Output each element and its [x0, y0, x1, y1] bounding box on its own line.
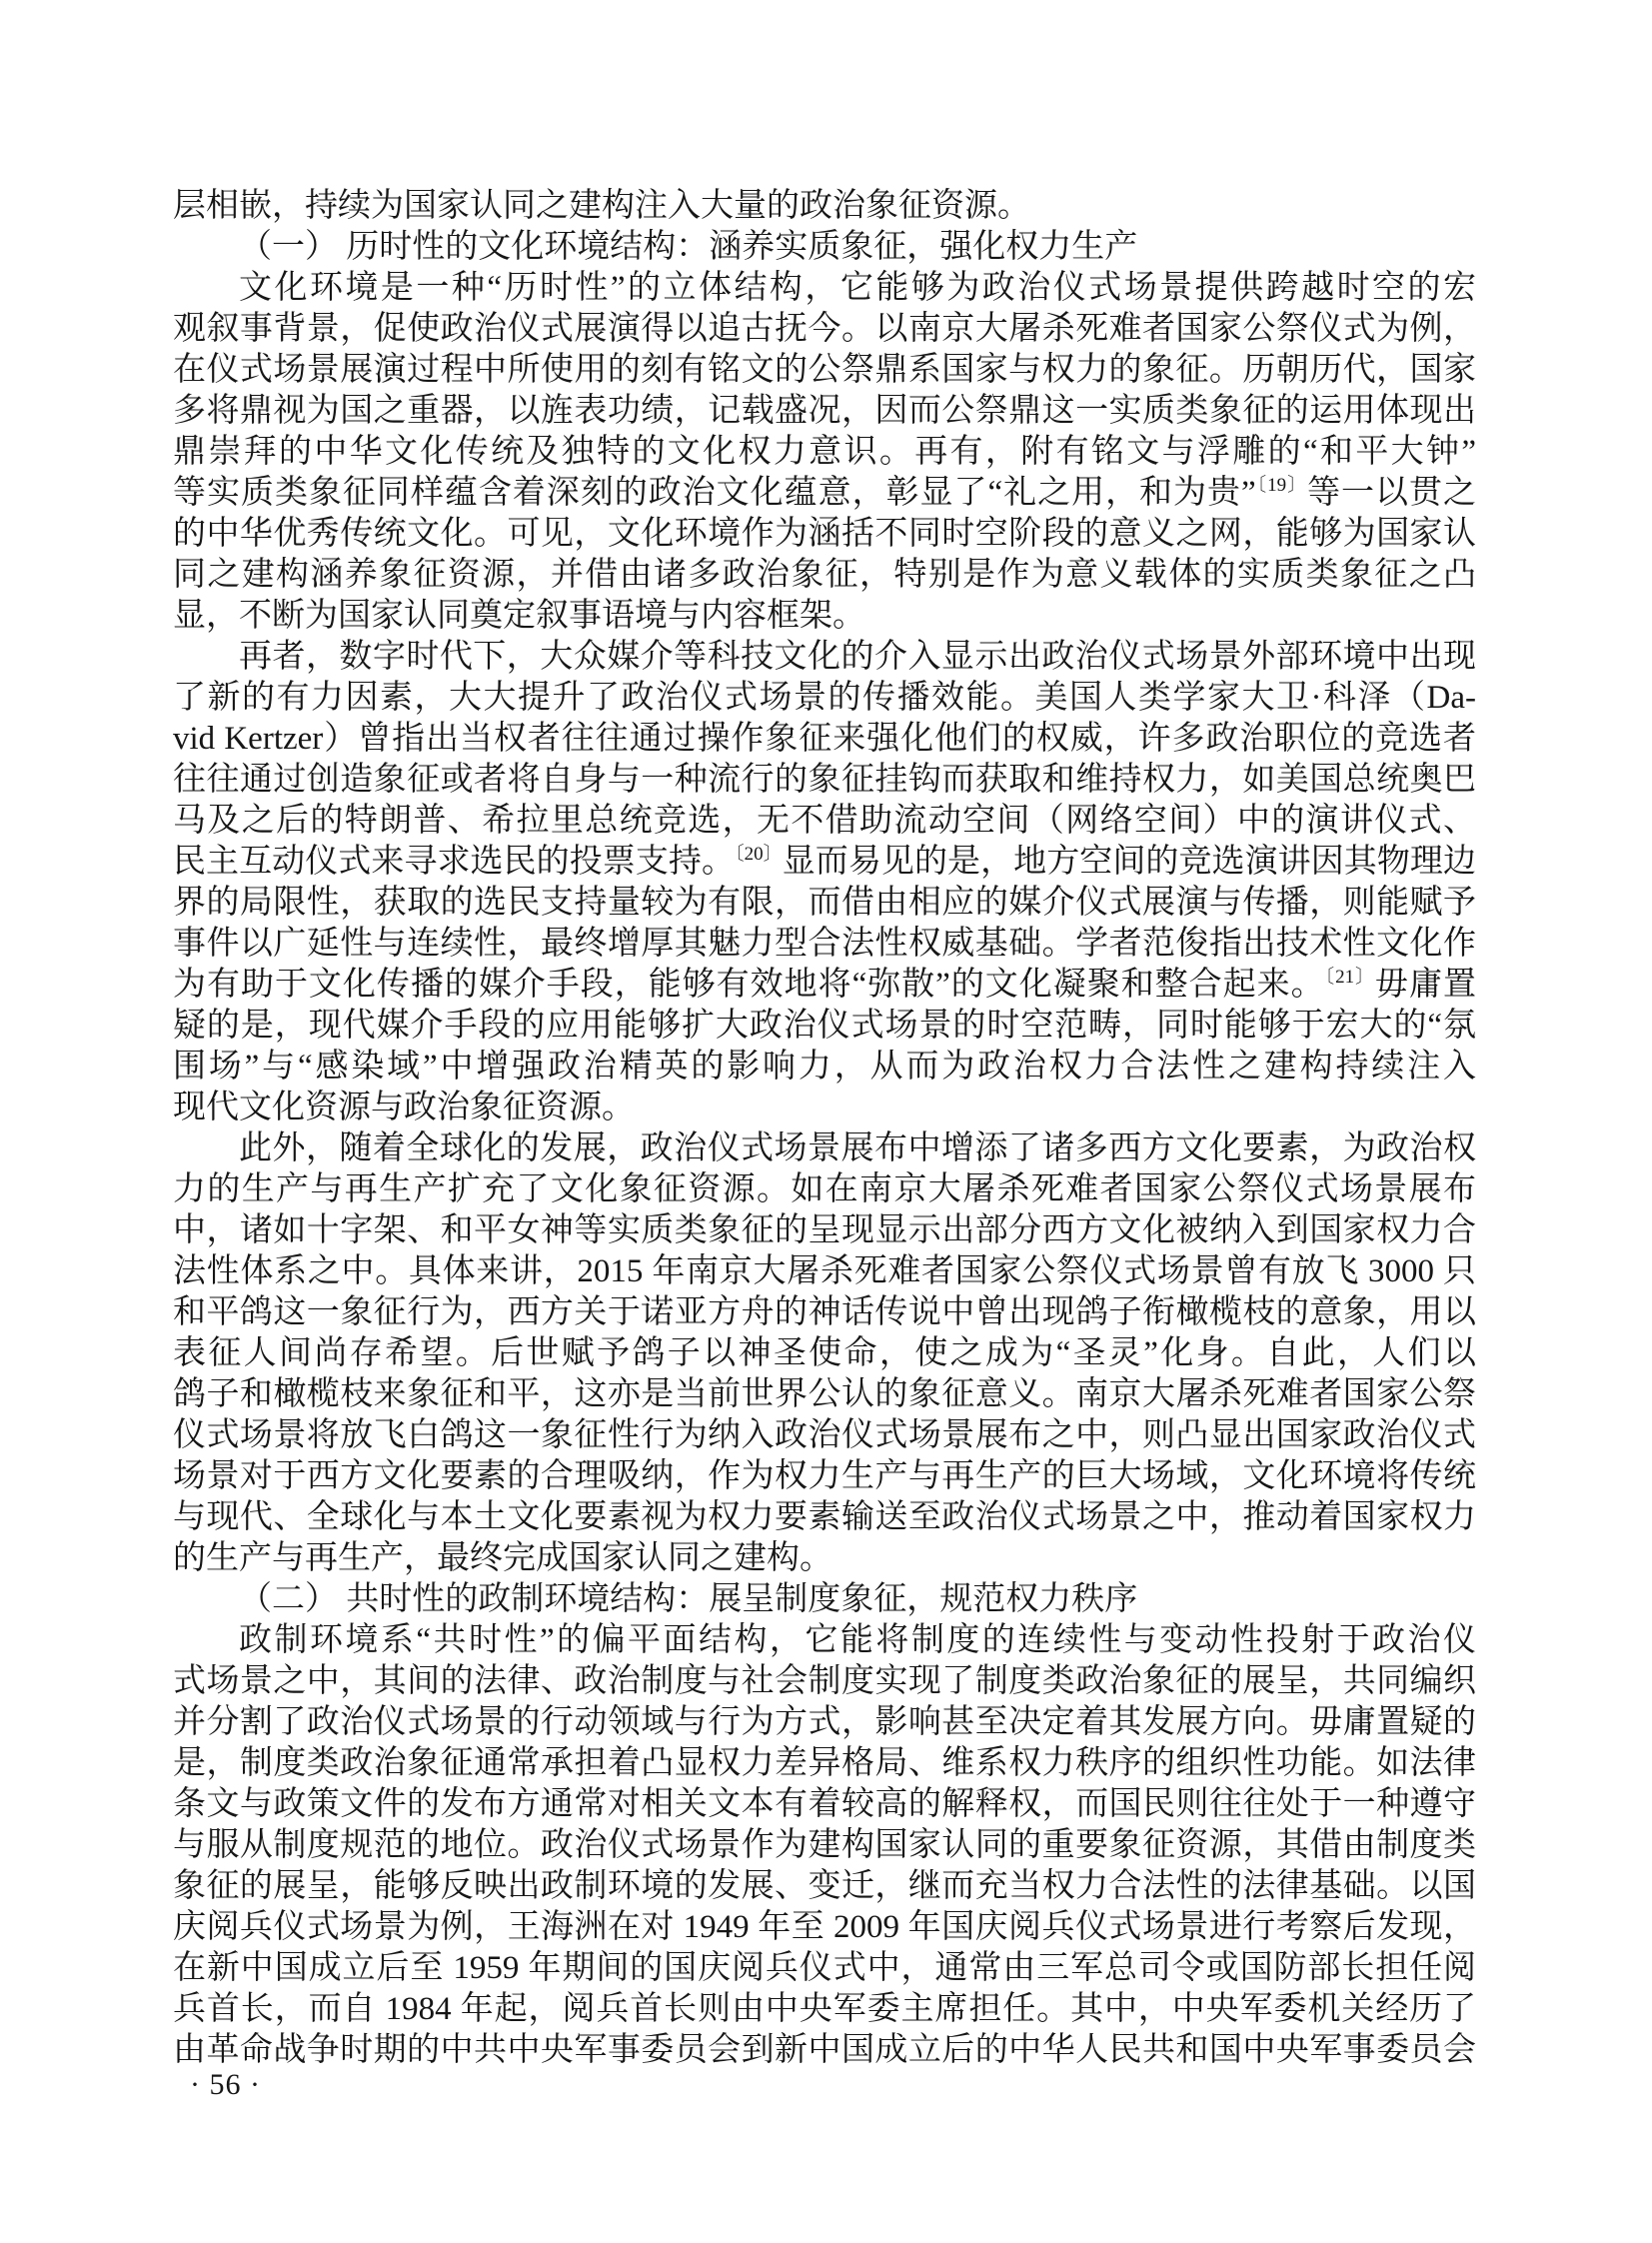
footnote-ref: 〔20〕	[735, 844, 783, 865]
text-line: 事件以广延性与连续性，最终增厚其魅力型合法性权威基础。学者范俊指出技术性文化作	[173, 924, 1476, 965]
text-line: 此外，随着全球化的发展，政治仪式场景展布中增添了诸多西方文化要素，为政治权	[173, 1128, 1476, 1169]
text-line: 围场”与“感染域”中增强政治精英的影响力，从而为政治权力合法性之建构持续注入	[173, 1047, 1476, 1088]
text-line: 观叙事背景，促使政治仪式展演得以追古抚今。以南京大屠杀死难者国家公祭仪式为例，	[173, 309, 1476, 350]
text-line: 鼎崇拜的中华文化传统及独特的文化权力意识。再有，附有铭文与浮雕的“和平大钟”	[173, 432, 1476, 473]
text-line: 场景对于西方文化要素的合理吸纳，作为权力生产与再生产的巨大场域，文化环境将传统	[173, 1456, 1476, 1497]
text-line: 的中华优秀传统文化。可见，文化环境作为涵括不同时空阶段的意义之网，能够为国家认	[173, 514, 1476, 555]
section-heading: （二） 共时性的政制环境结构：展呈制度象征，规范权力秩序	[173, 1579, 1476, 1620]
text-line: 兵首长，而自 1984 年起，阅兵首长则由中央军委主席担任。其中，中央军委机关经…	[173, 1989, 1476, 2030]
text-line: 了新的有力因素，大大提升了政治仪式场景的传播效能。美国人类学家大卫·科泽（Da-	[173, 678, 1476, 719]
text-line: 再者，数字时代下，大众媒介等科技文化的介入显示出政治仪式场景外部环境中出现	[173, 637, 1476, 678]
body-text: 层相嵌，持续为国家认同之建构注入大量的政治象征资源。（一） 历时性的文化环境结构…	[173, 186, 1476, 2071]
text-line: 力的生产与再生产扩充了文化象征资源。如在南京大屠杀死难者国家公祭仪式场景展布	[173, 1169, 1476, 1210]
text-line: 马及之后的特朗普、希拉里总统竞选，无不借助流动空间（网络空间）中的演讲仪式、	[173, 801, 1476, 842]
text-line: 庆阅兵仪式场景为例，王海洲在对 1949 年至 2009 年国庆阅兵仪式场景进行…	[173, 1907, 1476, 1948]
text-line: vid Kertzer）曾指出当权者往往通过操作象征来强化他们的权威，许多政治职…	[173, 719, 1476, 760]
page-number: · 56 ·	[190, 2067, 261, 2103]
text-line: 的生产与再生产，最终完成国家认同之建构。	[173, 1538, 1476, 1579]
text-line: 疑的是，现代媒介手段的应用能够扩大政治仪式场景的时空范畴，同时能够于宏大的“氛	[173, 1006, 1476, 1047]
text-line: 鸽子和橄榄枝来象征和平，这亦是当前世界公认的象征意义。南京大屠杀死难者国家公祭	[173, 1374, 1476, 1415]
text-line: 和平鸽这一象征行为，西方关于诺亚方舟的神话传说中曾出现鸽子衔橄榄枝的意象，用以	[173, 1292, 1476, 1333]
text-line: 政制环境系“共时性”的偏平面结构，它能将制度的连续性与变动性投射于政治仪	[173, 1620, 1476, 1661]
text-line: 民主互动仪式来寻求选民的投票支持。〔20〕显而易见的是，地方空间的竞选演讲因其物…	[173, 842, 1476, 883]
text-line: 与服从制度规范的地位。政治仪式场景作为建构国家认同的重要象征资源，其借由制度类	[173, 1825, 1476, 1866]
text-line: 条文与政策文件的发布方通常对相关文本有着较高的解释权，而国民则往往处于一种遵守	[173, 1784, 1476, 1825]
text-line: 在仪式场景展演过程中所使用的刻有铭文的公祭鼎系国家与权力的象征。历朝历代，国家	[173, 350, 1476, 391]
text-line: 法性体系之中。具体来讲，2015 年南京大屠杀死难者国家公祭仪式场景曾有放飞 3…	[173, 1251, 1476, 1292]
section-heading: （一） 历时性的文化环境结构：涵养实质象征，强化权力生产	[173, 227, 1476, 268]
text-line: 象征的展呈，能够反映出政制环境的发展、变迁，继而充当权力合法性的法律基础。以国	[173, 1866, 1476, 1907]
text-line: 显，不断为国家认同奠定叙事语境与内容框架。	[173, 596, 1476, 637]
text-line: 并分割了政治仪式场景的行动领域与行为方式，影响甚至决定着其发展方向。毋庸置疑的	[173, 1702, 1476, 1743]
footnote-ref: 〔21〕	[1325, 967, 1375, 988]
text-line: 仪式场景将放飞白鸽这一象征性行为纳入政治仪式场景展布之中，则凸显出国家政治仪式	[173, 1415, 1476, 1456]
document-page: 层相嵌，持续为国家认同之建构注入大量的政治象征资源。（一） 历时性的文化环境结构…	[0, 0, 1652, 2243]
text-line: 现代文化资源与政治象征资源。	[173, 1088, 1476, 1128]
text-line: 是，制度类政治象征通常承担着凸显权力差异格局、维系权力秩序的组织性功能。如法律	[173, 1743, 1476, 1784]
text-line: 文化环境是一种“历时性”的立体结构，它能够为政治仪式场景提供跨越时空的宏	[173, 268, 1476, 309]
text-line: 与现代、全球化与本土文化要素视为权力要素输送至政治仪式场景之中，推动着国家权力	[173, 1497, 1476, 1538]
text-line: 往往通过创造象征或者将自身与一种流行的象征挂钩而获取和维持权力，如美国总统奥巴	[173, 760, 1476, 801]
text-line: 表征人间尚存希望。后世赋予鸽子以神圣使命，使之成为“圣灵”化身。自此，人们以	[173, 1333, 1476, 1374]
text-line: 界的局限性，获取的选民支持量较为有限，而借由相应的媒介仪式展演与传播，则能赋予	[173, 883, 1476, 924]
text-line: 层相嵌，持续为国家认同之建构注入大量的政治象征资源。	[173, 186, 1476, 227]
text-line: 同之建构涵养象征资源，并借由诸多政治象征，特别是作为意义载体的实质类象征之凸	[173, 555, 1476, 596]
text-line: 多将鼎视为国之重器，以旌表功绩，记载盛况，因而公祭鼎这一实质类象征的运用体现出	[173, 391, 1476, 432]
footnote-ref: 〔19〕	[1256, 475, 1307, 496]
text-line: 等实质类象征同样蕴含着深刻的政治文化蕴意，彰显了“礼之用，和为贵”〔19〕等一以…	[173, 473, 1476, 514]
text-line: 中，诸如十字架、和平女神等实质类象征的呈现显示出部分西方文化被纳入到国家权力合	[173, 1210, 1476, 1251]
text-line: 在新中国成立后至 1959 年期间的国庆阅兵仪式中，通常由三军总司令或国防部长担…	[173, 1948, 1476, 1989]
text-line: 式场景之中，其间的法律、政治制度与社会制度实现了制度类政治象征的展呈，共同编织	[173, 1661, 1476, 1702]
text-line: 由革命战争时期的中共中央军事委员会到新中国成立后的中华人民共和国中央军事委员会	[173, 2030, 1476, 2071]
text-line: 为有助于文化传播的媒介手段，能够有效地将“弥散”的文化凝聚和整合起来。〔21〕毋…	[173, 965, 1476, 1006]
